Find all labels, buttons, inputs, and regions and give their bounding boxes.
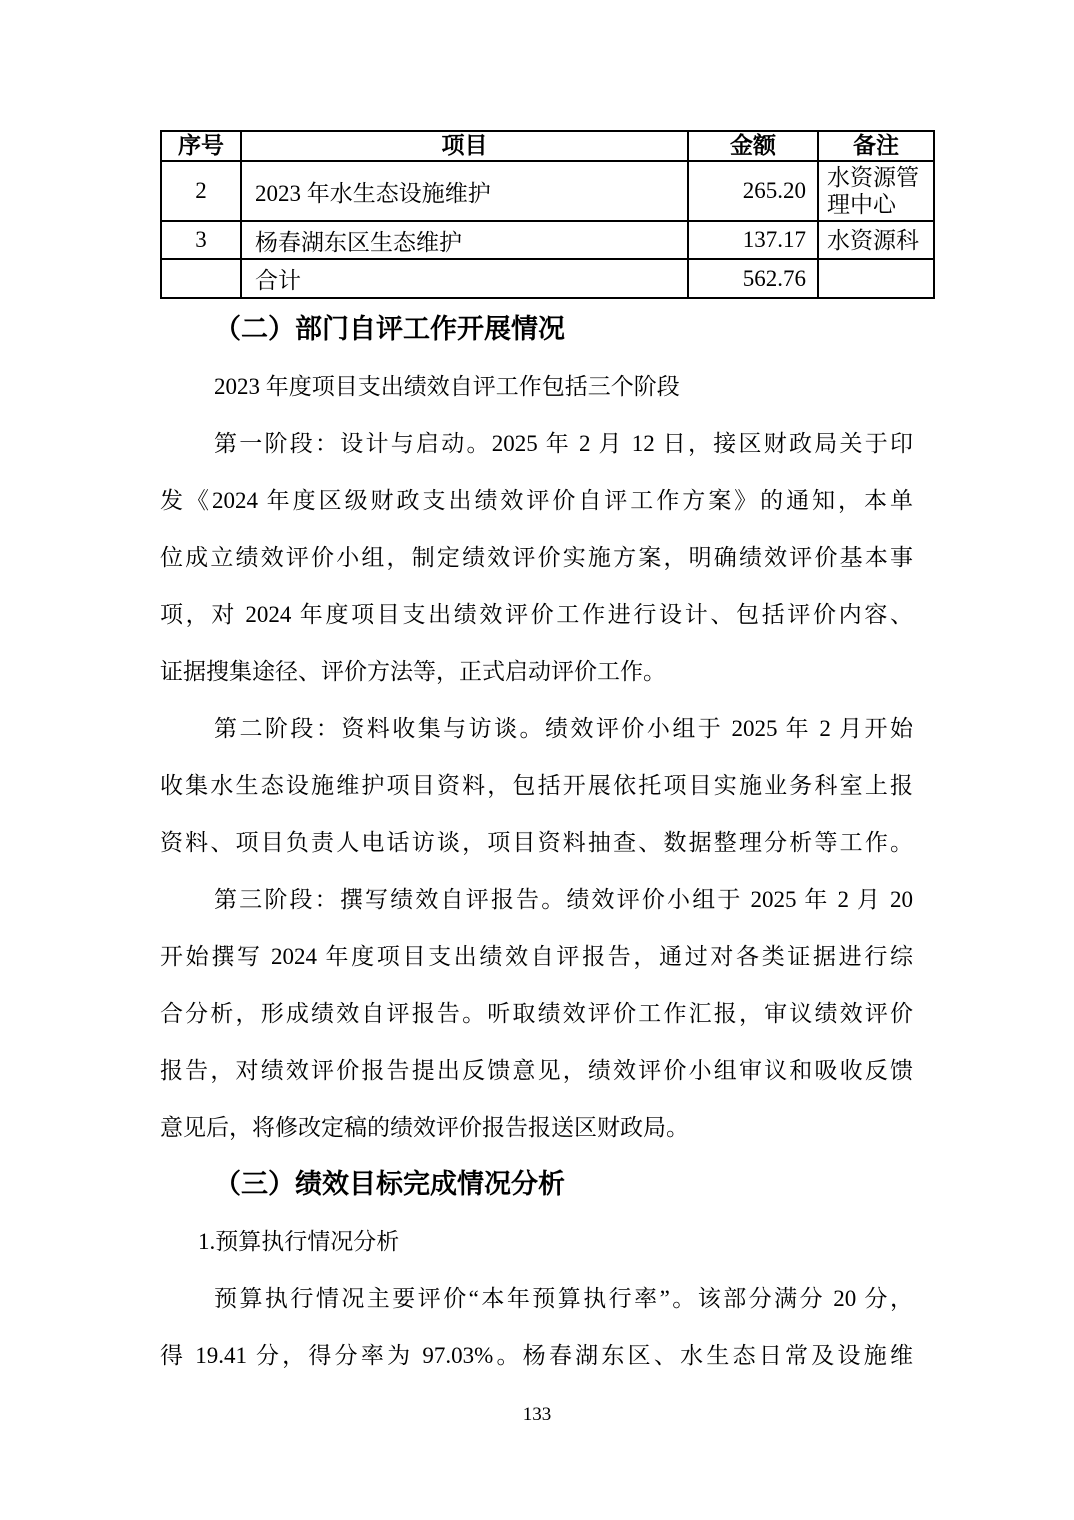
section-heading: （三）绩效目标完成情况分析 [160,1156,913,1213]
text-line: 合分析，形成绩效自评报告。听取绩效评价工作汇报，审议绩效评价 [160,985,913,1042]
table-header-row: 序号 项目 金额 备注 [161,131,934,161]
cell-amount: 265.20 [688,161,818,221]
table-row: 22023 年水生态设施维护265.20水资源管理中心 [161,161,934,221]
col-header-note: 备注 [818,131,934,161]
text-line: 第一阶段：设计与启动。2025 年 2 月 12 日，接区财政局关于印 [160,415,913,472]
text-line: 证据搜集途径、评价方法等，正式启动评价工作。 [160,643,913,700]
cell-amount: 137.17 [688,221,818,259]
cell-item: 2023 年水生态设施维护 [241,161,688,221]
text-line: 1.预算执行情况分析 [160,1213,913,1270]
cell-item: 合计 [241,259,688,298]
text-line: 第三阶段：撰写绩效自评报告。绩效评价小组于 2025 年 2 月 20 [160,871,913,928]
cell-amount: 562.76 [688,259,818,298]
cell-seq: 3 [161,221,241,259]
text-line: 预算执行情况主要评价“本年预算执行率”。该部分满分 20 分， [160,1270,913,1327]
text-line: 第二阶段：资料收集与访谈。绩效评价小组于 2025 年 2 月开始 [160,700,913,757]
cell-note [818,259,934,298]
text-line: 发《2024 年度区级财政支出绩效评价自评工作方案》的通知，本单 [160,472,913,529]
document-body: （二）部门自评工作开展情况2023 年度项目支出绩效自评工作包括三个阶段第一阶段… [160,301,913,1384]
table-body: 22023 年水生态设施维护265.20水资源管理中心3杨春湖东区生态维护137… [161,161,934,298]
cell-seq [161,259,241,298]
col-header-amount: 金额 [688,131,818,161]
cell-note: 水资源科 [818,221,934,259]
text-line: 意见后，将修改定稿的绩效评价报告报送区财政局。 [160,1099,913,1156]
col-header-seq: 序号 [161,131,241,161]
cell-seq: 2 [161,161,241,221]
text-line: 收集水生态设施维护项目资料，包括开展依托项目实施业务科室上报 [160,757,913,814]
col-header-item: 项目 [241,131,688,161]
cell-item: 杨春湖东区生态维护 [241,221,688,259]
text-line: 位成立绩效评价小组，制定绩效评价实施方案，明确绩效评价基本事 [160,529,913,586]
table-row: 3杨春湖东区生态维护137.17水资源科 [161,221,934,259]
text-line: 项，对 2024 年度项目支出绩效评价工作进行设计、包括评价内容、 [160,586,913,643]
text-line: 开始撰写 2024 年度项目支出绩效自评报告，通过对各类证据进行综 [160,928,913,985]
cell-note: 水资源管理中心 [818,161,934,221]
projects-table: 序号 项目 金额 备注 22023 年水生态设施维护265.20水资源管理中心3… [160,130,935,299]
text-line: 得 19.41 分，得分率为 97.03%。杨春湖东区、水生态日常及设施维 [160,1327,913,1384]
page-number: 133 [0,1404,1074,1426]
section-heading: （二）部门自评工作开展情况 [160,301,913,358]
text-line: 报告，对绩效评价报告提出反馈意见，绩效评价小组审议和吸收反馈 [160,1042,913,1099]
table-row: 合计562.76 [161,259,934,298]
text-line: 2023 年度项目支出绩效自评工作包括三个阶段 [160,358,913,415]
document-page: 序号 项目 金额 备注 22023 年水生态设施维护265.20水资源管理中心3… [0,0,1074,1520]
text-line: 资料、项目负责人电话访谈，项目资料抽查、数据整理分析等工作。 [160,814,913,871]
